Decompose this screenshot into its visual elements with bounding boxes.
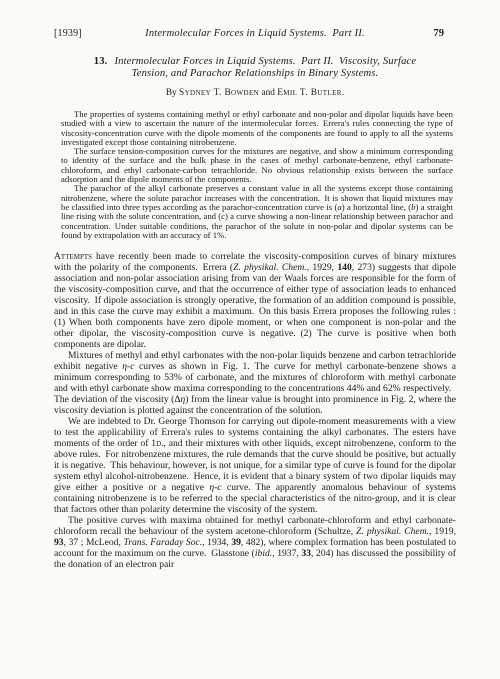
- byline-connector: and: [259, 88, 277, 98]
- body-paragraph: Attempts have recently been made to corr…: [54, 251, 456, 350]
- text-segment: ibid.: [255, 548, 272, 559]
- body-paragraph: We are indebted to Dr. George Thomson fo…: [54, 416, 456, 515]
- text-segment: η-c: [122, 361, 134, 372]
- page-number: 79: [392, 28, 456, 40]
- author-name: Emil T. Butler: [277, 88, 342, 98]
- text-segment: Trans. Faraday Soc.: [123, 537, 202, 548]
- running-header: [1939] Intermolecular Forces in Liquid S…: [54, 28, 456, 40]
- abstract-paragraph: The parachor of the alkyl carbonate pres…: [61, 184, 453, 240]
- text-segment: , 1934,: [202, 537, 231, 548]
- abstract-paragraph: The surface tension-composition curves f…: [61, 147, 453, 184]
- body-paragraph: Mixtures of methyl and ethyl carbonates …: [54, 350, 456, 416]
- text-segment: Z. physikal. Chem.: [356, 526, 429, 537]
- text-segment: , 273) suggests that dipole association …: [54, 262, 456, 350]
- body-paragraph: The positive curves with maxima obtained…: [54, 515, 456, 570]
- text-segment: η-c: [209, 482, 221, 493]
- byline-prefix: By: [166, 88, 179, 98]
- article-body: Attempts have recently been made to corr…: [54, 251, 456, 570]
- journal-page: [1939] Intermolecular Forces in Liquid S…: [0, 0, 500, 679]
- text-segment: , 37 ; McLeod,: [64, 537, 124, 548]
- text-segment: Z. physikal. Chem.: [233, 262, 307, 273]
- abstract: The properties of systems containing met…: [61, 110, 453, 240]
- text-segment: 93: [54, 537, 64, 548]
- abstract-paragraph: The properties of systems containing met…: [61, 110, 453, 147]
- text-segment: , 1929,: [307, 262, 338, 273]
- text-segment: , 1937,: [272, 548, 301, 559]
- text-segment: Attempts: [54, 251, 92, 262]
- text-segment: The surface tension-composition curves f…: [61, 146, 453, 184]
- text-segment: , 1919,: [429, 526, 456, 537]
- article-title: 13.Intermolecular Forces in Liquid Syste…: [77, 56, 433, 80]
- article-title-text: Intermolecular Forces in Liquid Systems.…: [114, 56, 416, 79]
- author-name: Sydney T. Bowden: [179, 88, 259, 98]
- article-number: 13.: [94, 56, 108, 67]
- text-segment: The properties of systems containing met…: [61, 109, 453, 147]
- byline: By Sydney T. Bowden and Emil T. Butler.: [54, 88, 456, 99]
- text-segment: 39: [231, 537, 241, 548]
- text-segment: 140: [337, 262, 351, 273]
- byline-suffix: .: [342, 88, 344, 98]
- text-segment: 33: [301, 548, 311, 559]
- running-head-year: [1939]: [54, 28, 118, 40]
- running-head-title: Intermolecular Forces in Liquid Systems.…: [118, 28, 392, 40]
